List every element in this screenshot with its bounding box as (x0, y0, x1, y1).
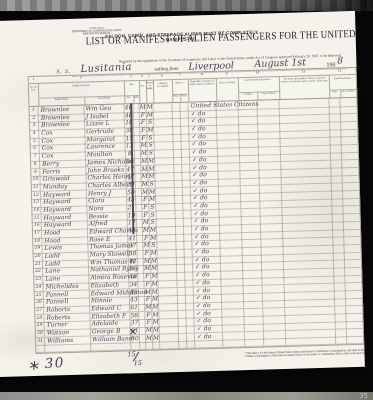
scanned-manifest-page: 35 FORM 1500 A DEPARTMENT OF COMMERCE AN… (0, 0, 373, 400)
header-final-destination: Final Destination. (329, 77, 356, 85)
col-number: 2 (80, 76, 82, 80)
nationality-cell (195, 340, 223, 348)
col-number: 11 (302, 69, 305, 73)
given-name-cell (91, 343, 131, 352)
tally-handwritten: 30 (44, 355, 65, 372)
write-cell (187, 341, 195, 349)
header-nearest-relative: The name and complete address of nearest… (279, 77, 329, 92)
scanner-edge-bottom (0, 392, 373, 400)
cross-out-mark: ✕ (129, 327, 138, 338)
col-number: 5 (148, 74, 150, 78)
header-no-on-list: No. on List. (29, 86, 38, 100)
read-cell (179, 341, 187, 349)
manifest-table: 1 2 3 4 5 6 7 8 9 10 11 12 (28, 67, 365, 354)
col-number: 3 (130, 74, 132, 78)
col-number: 12 (338, 68, 342, 72)
race-cell (223, 339, 245, 347)
destination-city-cell (347, 336, 363, 344)
relative-address-cell (286, 337, 336, 346)
col-number: 4 (141, 74, 143, 78)
header-yrs: Yrs. (124, 96, 133, 103)
header-age: Age. (124, 83, 139, 90)
scanner-edge-top (0, 0, 373, 11)
header-given-name: Given Name. (84, 96, 124, 104)
header-mos: Mos. (133, 96, 139, 103)
family-name-cell (45, 344, 91, 353)
residence-country-cell (245, 339, 264, 347)
header-country: Country. (238, 93, 257, 100)
frame-number-mark: 35 (359, 392, 368, 400)
header-dest-city: City or Town. (340, 90, 356, 97)
header-race-people: *Race or People. (216, 81, 238, 89)
col-number: 7 (179, 73, 181, 77)
fraction-mark: 15 15 (127, 350, 143, 368)
row-number-cell (36, 345, 45, 353)
destination-state-cell (336, 337, 347, 345)
header-occupation: Calling or Occupation. (153, 82, 172, 96)
header-city-town: City or Town. (257, 92, 279, 100)
col-number: 8 (201, 72, 203, 76)
header-state: State. (329, 90, 340, 97)
fraction-denominator: 15 (134, 359, 143, 367)
header-write: Write. (180, 95, 188, 102)
col-number: 1 (32, 77, 34, 81)
col-number: 9 (226, 72, 228, 76)
table-body: 1 Brownlee Wm Geo 46 M M United States C… (30, 98, 364, 353)
occupation-cell (160, 341, 179, 349)
col-number: 10 (256, 71, 260, 75)
header-able-to: Able to— (172, 82, 188, 89)
document-page: FORM 1500 A DEPARTMENT OF COMMERCE AND L… (0, 11, 365, 377)
footer-fine-print: * This sheet is for the listing of Unite… (244, 349, 356, 367)
header-last-residence: Last Permanent Residence. (238, 78, 279, 86)
col-number: 6 (161, 73, 163, 77)
year-digit-handwritten: 8 (337, 56, 343, 66)
header-name-in-full: NAME IN FULL. (38, 83, 124, 92)
star-mark (29, 361, 39, 371)
header-read: Read. (172, 95, 180, 102)
residence-city-cell (264, 338, 286, 346)
header-nationality: Nationality. (Country of which citizen o… (188, 80, 216, 95)
header-family-name: Family Name. (38, 98, 84, 106)
